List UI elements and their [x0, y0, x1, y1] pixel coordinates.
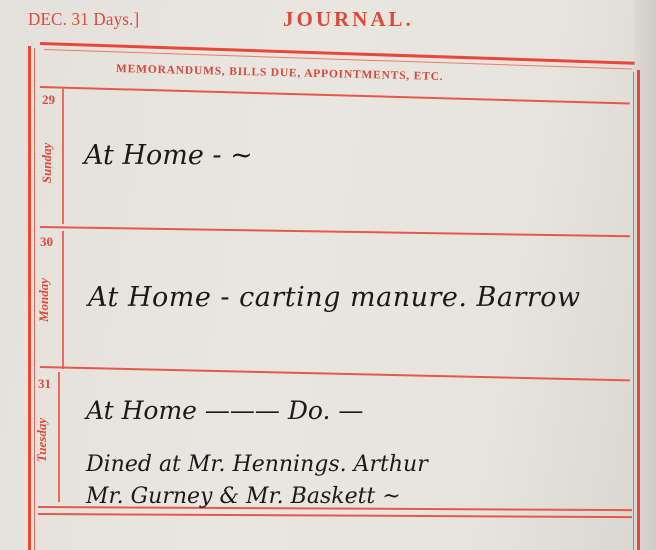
page-title: JOURNAL.	[283, 7, 414, 32]
handwritten-entry: Mr. Gurney & Mr. Baskett ~	[86, 484, 401, 509]
day-number: 31	[38, 376, 51, 392]
day-number: 29	[42, 92, 55, 108]
handwritten-entry: At Home ——— Do. —	[86, 396, 363, 425]
weekday-label: Sunday	[39, 138, 55, 188]
day-column-divider-31	[58, 372, 60, 502]
frame-right-line	[637, 70, 640, 550]
table-heading: MEMORANDUMS, BILLS DUE, APPOINTMENTS, ET…	[116, 63, 444, 83]
handwritten-entry: Dined at Mr. Hennings. Arthur	[86, 452, 428, 477]
day-separator-29-30	[40, 226, 630, 237]
frame-left-inner-line	[34, 48, 35, 550]
day-number: 30	[40, 234, 53, 250]
heading-underline	[40, 86, 630, 104]
frame-right-inner-line	[633, 72, 634, 550]
month-label: DEC. 31 Days.]	[28, 10, 139, 31]
frame-top-line	[40, 42, 635, 65]
frame-left-line	[28, 46, 31, 550]
bottom-double-line-2	[38, 513, 632, 518]
weekday-label: Tuesday	[34, 412, 50, 468]
handwritten-entry: At Home - carting manure. Barrow	[88, 282, 581, 313]
day-column-divider-29	[62, 88, 64, 224]
weekday-label: Monday	[36, 272, 52, 328]
day-column-divider-30	[62, 231, 64, 369]
day-separator-30-31	[40, 366, 630, 381]
handwritten-entry: At Home - ~	[84, 140, 253, 171]
